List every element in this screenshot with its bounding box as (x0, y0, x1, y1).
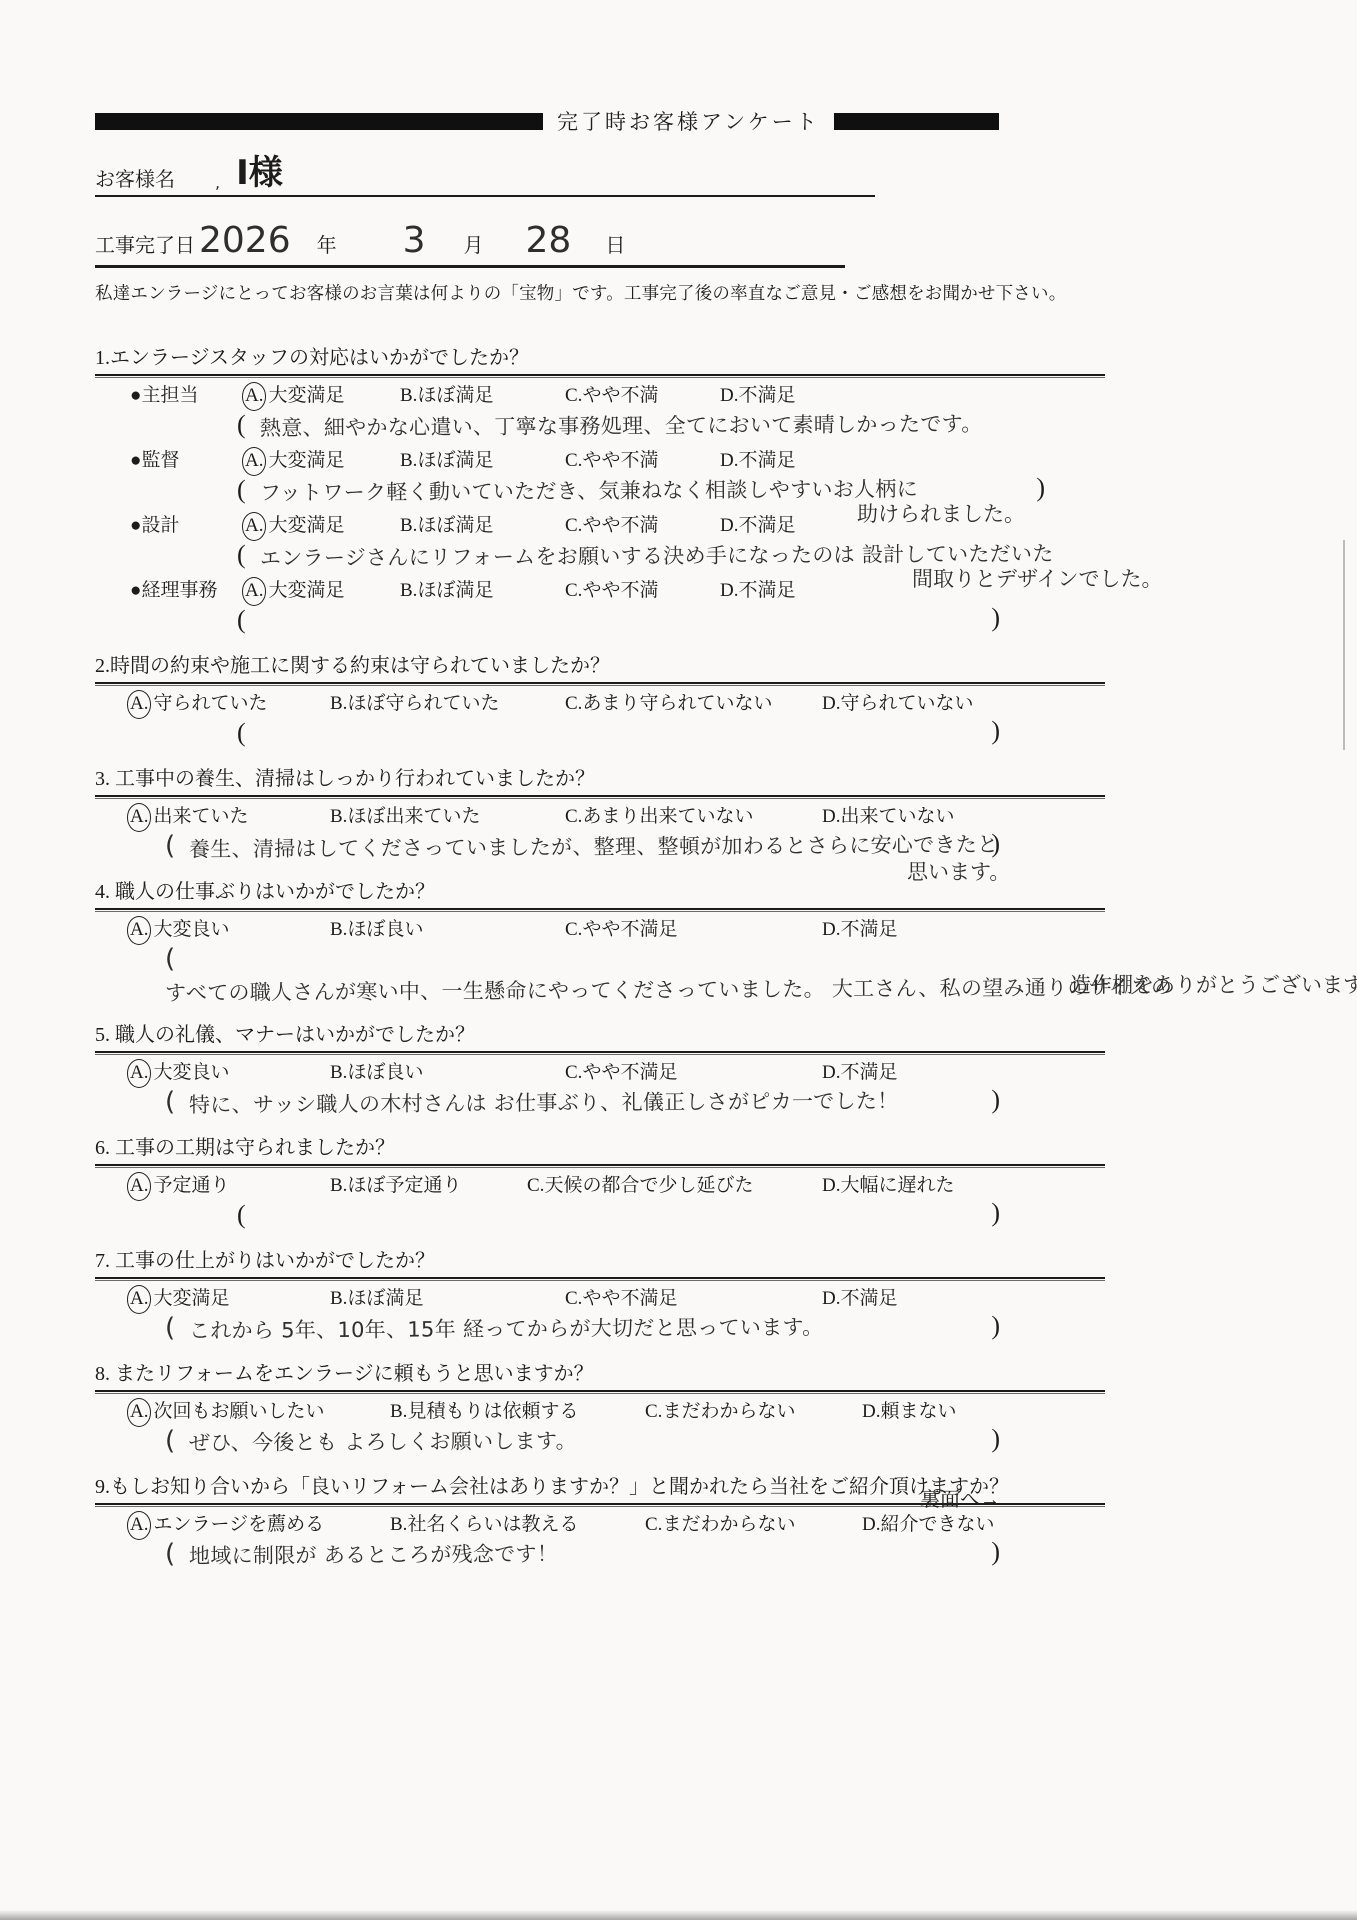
option-label: やや不満 (582, 515, 658, 536)
question-1-title: 1.エンラージスタッフの対応はいかがでしたか？ (95, 345, 1105, 376)
option-marker: B. (330, 917, 347, 942)
handwritten-comment-line2: 造作棚をありがとうございます！ (1070, 970, 1357, 1000)
header-bar-left (95, 113, 543, 130)
paren-close: ) (991, 1198, 1000, 1228)
q9-option-d: D.紹介できない (862, 1512, 995, 1537)
comma-mark: , (215, 173, 220, 192)
option-label: まだわからない (662, 1514, 795, 1535)
option-label: 不満足 (840, 1288, 897, 1309)
option-marker: B. (400, 578, 417, 603)
q1-supervisor-option-d: D.不満足 (720, 448, 796, 473)
option-label: 不満足 (840, 1062, 897, 1083)
q7-option-d: D.不満足 (822, 1286, 898, 1311)
option-label: 守られていない (840, 693, 973, 714)
option-marker: D. (720, 513, 738, 538)
q1-supervisor-option-b: B.ほぼ満足 (400, 448, 565, 473)
customer-name-row: お客様名 , I様 (95, 156, 875, 197)
q4-option-b: B.ほぼ良い (330, 917, 565, 942)
answer-circle: A. (127, 1285, 151, 1314)
option-label: 大変良い (153, 1062, 229, 1083)
paren-open: ( (165, 1426, 175, 1456)
q6-option-b: B.ほぼ予定通り (330, 1173, 527, 1198)
q6-option-a: A.予定通り (130, 1173, 330, 1199)
question-2-title: 2.時間の約束や施工に関する約束は守られていましたか？ (95, 653, 1105, 684)
option-marker: C. (565, 1286, 582, 1311)
q1-row-main: ●主担当 A.大変満足 B.ほぼ満足 C.やや不満 D.不満足 (130, 383, 1105, 409)
handwritten-comment-line2: 思います。 (907, 857, 1010, 887)
q1-design-option-a: A.大変満足 (245, 513, 400, 539)
option-label: ほぼ満足 (417, 515, 493, 536)
q7-option-a: A.大変満足 (130, 1286, 330, 1312)
option-label: 不満足 (738, 580, 795, 601)
q1-accounting-option-d: D.不満足 (720, 578, 796, 603)
answer-circle: A. (242, 512, 266, 541)
back-page-note: 裏面へ→ (920, 1483, 1000, 1512)
option-label: 頼まない (880, 1401, 956, 1422)
completion-date-row: 工事完了日 2026 年 3 月 28 日 (95, 223, 845, 268)
option-label: 不満足 (738, 515, 795, 536)
option-label: やや不満 (582, 385, 658, 406)
q7-option-c: C.やや不満足 (565, 1286, 822, 1311)
paren-open: ( (165, 1539, 175, 1569)
paren-open: ( (165, 831, 175, 861)
q1-design-option-c: C.やや不満 (565, 513, 720, 538)
q1-bullet-main: ●主担当 (130, 383, 245, 408)
handwritten-comment: フットワーク軽く動いていただき、気兼ねなく相談しやすいお人柄に (260, 474, 918, 508)
question-1: 1.エンラージスタッフの対応はいかがでしたか？ ●主担当 A.大変満足 B.ほぼ… (95, 345, 1105, 636)
q5-option-b: B.ほぼ良い (330, 1060, 565, 1085)
completion-month-value: 3 (403, 223, 426, 259)
paren-close: ) (991, 1424, 1000, 1454)
q9-option-b: B.社名くらいは教える (390, 1512, 645, 1537)
q6-option-c: C.天候の都合で少し延びた (527, 1173, 822, 1198)
option-label: やや不満足 (582, 1288, 677, 1309)
q3-options: A.出来ていた B.ほぼ出来ていた C.あまり出来ていない D.出来ていない (130, 804, 1105, 830)
option-label: エンラージを薦める (153, 1514, 324, 1535)
q8-option-a: A.次回もお願いしたい (130, 1399, 390, 1425)
paren-close: ) (991, 829, 1000, 859)
option-marker: D. (822, 804, 840, 829)
q1-design-option-b: B.ほぼ満足 (400, 513, 565, 538)
option-label: 出来ていない (840, 806, 954, 827)
handwritten-comment: ぜひ、今後とも よろしくお願いします。 (189, 1426, 577, 1458)
option-marker: C. (565, 448, 582, 473)
handwritten-comment: すべての職人さんが寒い中、一生懸命にやってくださっていました。 大工さん、私の望… (165, 972, 1172, 1008)
question-3: 3. 工事中の養生、清掃はしっかり行われていましたか？ A.出来ていた B.ほぼ… (95, 766, 1105, 862)
option-label: 守られていた (153, 693, 267, 714)
paren-close: ) (991, 716, 1000, 746)
option-marker: C. (565, 383, 582, 408)
answer-circle: A. (127, 803, 151, 832)
option-marker: B. (330, 1060, 347, 1085)
option-label: 大変満足 (153, 1288, 229, 1309)
page-header: 完了時お客様アンケート (95, 0, 1262, 136)
customer-name-value: I様 (236, 156, 283, 192)
paren-open: ( (237, 1200, 246, 1229)
q1-bullet-supervisor: ●監督 (130, 448, 245, 473)
q4-option-d: D.不満足 (822, 917, 898, 942)
handwritten-comment: 熱意、細やかな心遣い、丁寧な事務処理、全てにおいて素晴しかったです。 (260, 408, 983, 442)
handwritten-comment: 特に、サッシ職人の木村さんは お仕事ぶり、礼儀正しさがピカ一でした！ (189, 1086, 899, 1120)
paren-open: ( (165, 1313, 175, 1343)
q1-main-option-a: A.大変満足 (245, 383, 400, 409)
q1-accounting-option-a: A.大変満足 (245, 578, 400, 604)
handwritten-comment-line2: 助けられました。 (857, 499, 1025, 529)
month-unit: 月 (464, 229, 484, 258)
option-label: 不満足 (840, 919, 897, 940)
handwritten-comment: 養生、清掃はしてくださっていましたが、整理、整頓が加わるとさらに安心できたと (189, 829, 999, 864)
option-label: ほぼ予定通り (347, 1175, 461, 1196)
option-label: ほぼ良い (347, 1062, 423, 1083)
q4-options: A.大変良い B.ほぼ良い C.やや不満足 D.不満足 (130, 917, 1105, 943)
q1-accounting-comment: ( ) (237, 605, 1105, 636)
option-marker: C. (565, 917, 582, 942)
q1-supervisor-option-c: C.やや不満 (565, 448, 720, 473)
q9-option-a: A.エンラージを薦める (130, 1512, 390, 1538)
day-unit: 日 (605, 229, 625, 258)
option-marker: D. (822, 691, 840, 716)
option-marker: C. (645, 1512, 662, 1537)
q1-bullet-accounting: ●経理事務 (130, 578, 245, 603)
paren-close: ) (991, 603, 1000, 633)
option-marker: C. (565, 578, 582, 603)
option-label: 大変満足 (268, 385, 344, 406)
option-marker: C. (565, 804, 582, 829)
paren-close: ) (991, 1085, 1000, 1115)
q2-option-b: B.ほぼ守られていた (330, 691, 565, 716)
q8-option-b: B.見積もりは依頼する (390, 1399, 645, 1424)
q4-option-a: A.大変良い (130, 917, 330, 943)
option-marker: B. (330, 691, 347, 716)
option-label: ほぼ満足 (347, 1288, 423, 1309)
option-label: あまり出来ていない (582, 806, 753, 827)
question-5-title: 5. 職人の礼儀、マナーはいかがでしたか？ (95, 1022, 1105, 1053)
answer-circle: A. (127, 916, 151, 945)
q2-option-c: C.あまり守られていない (565, 691, 822, 716)
q8-comment: (ぜひ、今後とも よろしくお願いします。 ) (165, 1426, 1105, 1457)
option-marker: D. (822, 1286, 840, 1311)
completion-day-value: 28 (526, 223, 572, 259)
q1-supervisor-option-a: A.大変満足 (245, 448, 400, 474)
q1-main-option-c: C.やや不満 (565, 383, 720, 408)
option-marker: D. (720, 383, 738, 408)
q7-comment: (これから 5年、10年、15年 経ってからが大切だと思っています。 ) (165, 1313, 1105, 1344)
option-marker: B. (390, 1399, 407, 1424)
q8-option-d: D.頼まない (862, 1399, 957, 1424)
option-label: 不満足 (738, 450, 795, 471)
q8-option-c: C.まだわからない (645, 1399, 862, 1424)
option-label: やや不満 (582, 580, 658, 601)
q1-accounting-option-c: C.やや不満 (565, 578, 720, 603)
handwritten-comment-line2: 間取りとデザインでした。 (912, 564, 1163, 594)
answer-circle: A. (127, 690, 151, 719)
q1-accounting-option-b: B.ほぼ満足 (400, 578, 565, 603)
scan-bottom-edge (0, 1910, 1357, 1920)
option-marker: C. (565, 691, 582, 716)
option-marker: B. (330, 1173, 347, 1198)
option-label: やや不満足 (582, 919, 677, 940)
paren-open: ( (165, 944, 175, 974)
option-label: 不満足 (738, 385, 795, 406)
option-marker: B. (330, 804, 347, 829)
option-marker: C. (527, 1173, 544, 1198)
question-7-title: 7. 工事の仕上がりはいかがでしたか？ (95, 1248, 1105, 1279)
option-marker: C. (565, 1060, 582, 1085)
question-6-title: 6. 工事の工期は守られましたか？ (95, 1135, 1105, 1166)
q5-option-d: D.不満足 (822, 1060, 898, 1085)
answer-circle: A. (127, 1172, 151, 1201)
option-marker: C. (645, 1399, 662, 1424)
option-marker: D. (720, 448, 738, 473)
answer-circle: A. (242, 382, 266, 411)
q3-comment: (養生、清掃はしてくださっていましたが、整理、整頓が加わるとさらに安心できたと … (165, 831, 1105, 862)
option-marker: C. (565, 513, 582, 538)
q1-design-option-d: D.不満足 (720, 513, 796, 538)
completion-year-value: 2026 (199, 223, 291, 259)
year-unit: 年 (317, 229, 337, 258)
question-2: 2.時間の約束や施工に関する約束は守られていましたか？ A.守られていた B.ほ… (95, 653, 1105, 749)
question-4: 4. 職人の仕事ぶりはいかがでしたか？ A.大変良い B.ほぼ良い C.やや不満… (95, 879, 1105, 1005)
q5-comment: (特に、サッシ職人の木村さんは お仕事ぶり、礼儀正しさがピカ一でした！ ) (165, 1087, 1105, 1118)
option-label: 予定通り (153, 1175, 229, 1196)
option-marker: D. (822, 1173, 840, 1198)
q1-main-option-d: D.不満足 (720, 383, 796, 408)
q1-main-comment: (熱意、細やかな心遣い、丁寧な事務処理、全てにおいて素晴しかったです。 (237, 410, 1105, 441)
q2-option-a: A.守られていた (130, 691, 330, 717)
option-label: 大幅に遅れた (840, 1175, 954, 1196)
paren-close: ) (1036, 473, 1045, 503)
option-label: ほぼ満足 (417, 450, 493, 471)
option-label: 大変良い (153, 919, 229, 940)
paren-open: ( (165, 1087, 175, 1117)
option-label: ほぼ満足 (417, 385, 493, 406)
option-label: 見積もりは依頼する (407, 1401, 578, 1422)
option-label: 大変満足 (268, 450, 344, 471)
paren-close: ) (991, 1537, 1000, 1567)
option-marker: B. (400, 513, 417, 538)
survey-page: 完了時お客様アンケート お客様名 , I様 工事完了日 2026 年 3 月 2… (0, 0, 1357, 1920)
answer-circle: A. (242, 577, 266, 606)
q3-option-d: D.出来ていない (822, 804, 955, 829)
question-5: 5. 職人の礼儀、マナーはいかがでしたか？ A.大変良い B.ほぼ良い C.やや… (95, 1022, 1105, 1118)
question-6: 6. 工事の工期は守られましたか？ A.予定通り B.ほぼ予定通り C.天候の都… (95, 1135, 1105, 1231)
handwritten-comment: 地域に制限が あるところが残念です！ (189, 1539, 558, 1571)
question-3-title: 3. 工事中の養生、清掃はしっかり行われていましたか？ (95, 766, 1105, 797)
option-label: 大変満足 (268, 580, 344, 601)
paren-open: ( (237, 540, 246, 569)
header-bar-right (834, 113, 999, 130)
q3-option-c: C.あまり出来ていない (565, 804, 822, 829)
option-marker: D. (720, 578, 738, 603)
q4-option-c: C.やや不満足 (565, 917, 822, 942)
q1-row-supervisor: ●監督 A.大変満足 B.ほぼ満足 C.やや不満 D.不満足 (130, 448, 1105, 474)
q1-main-option-b: B.ほぼ満足 (400, 383, 565, 408)
option-label: ほぼ出来ていた (347, 806, 480, 827)
option-marker: B. (330, 1286, 347, 1311)
option-label: やや不満足 (582, 1062, 677, 1083)
option-marker: B. (400, 448, 417, 473)
q1-design-comment: (エンラージさんにリフォームをお願いする決め手になったのは 設計していただいた … (237, 540, 1105, 571)
answer-circle: A. (242, 447, 266, 476)
option-label: ほぼ満足 (417, 580, 493, 601)
q6-options: A.予定通り B.ほぼ予定通り C.天候の都合で少し延びた D.大幅に遅れた (130, 1173, 1105, 1199)
q3-option-b: B.ほぼ出来ていた (330, 804, 565, 829)
option-label: 社名くらいは教える (407, 1514, 578, 1535)
q5-option-a: A.大変良い (130, 1060, 330, 1086)
answer-circle: A. (127, 1059, 151, 1088)
option-marker: B. (390, 1512, 407, 1537)
q6-comment: ( ) (237, 1200, 1105, 1231)
question-7: 7. 工事の仕上がりはいかがでしたか？ A.大変満足 B.ほぼ満足 C.やや不満… (95, 1248, 1105, 1344)
option-marker: D. (822, 1060, 840, 1085)
option-label: 出来ていた (153, 806, 248, 827)
option-label: ほぼ良い (347, 919, 423, 940)
option-label: ほぼ守られていた (347, 693, 499, 714)
q2-comment: ( ) (237, 718, 1105, 749)
q5-option-c: C.やや不満足 (565, 1060, 822, 1085)
answer-circle: A. (127, 1398, 151, 1427)
option-label: 天候の都合で少し延びた (544, 1175, 753, 1196)
q6-option-d: D.大幅に遅れた (822, 1173, 955, 1198)
handwritten-comment: これから 5年、10年、15年 経ってからが大切だと思っています。 (189, 1312, 824, 1346)
option-label: 紹介できない (880, 1514, 994, 1535)
option-label: まだわからない (662, 1401, 795, 1422)
option-marker: D. (862, 1512, 880, 1537)
page-title: 完了時お客様アンケート (543, 106, 834, 136)
option-marker: D. (822, 917, 840, 942)
paren-close: ) (991, 1311, 1000, 1341)
paren-open: ( (237, 605, 246, 634)
option-label: 次回もお願いしたい (153, 1401, 324, 1422)
q3-option-a: A.出来ていた (130, 804, 330, 830)
option-label: やや不満 (582, 450, 658, 471)
scan-edge-artifact (1343, 540, 1345, 750)
q7-options: A.大変満足 B.ほぼ満足 C.やや不満足 D.不満足 (130, 1286, 1105, 1312)
q2-option-d: D.守られていない (822, 691, 974, 716)
q9-comment: (地域に制限が あるところが残念です！ ) (165, 1539, 1105, 1570)
intro-text: 私達エンラージにとってお客様のお言葉は何よりの「宝物」です。工事完了後の率直なご… (95, 280, 1357, 305)
paren-open: ( (237, 410, 246, 439)
answer-circle: A. (127, 1511, 151, 1540)
q8-options: A.次回もお願いしたい B.見積もりは依頼する C.まだわからない D.頼まない (130, 1399, 1105, 1425)
option-label: あまり守られていない (582, 693, 772, 714)
paren-open: ( (237, 475, 246, 504)
q2-options: A.守られていた B.ほぼ守られていた C.あまり守られていない D.守られてい… (130, 691, 1105, 717)
q9-options: A.エンラージを薦める B.社名くらいは教える C.まだわからない D.紹介でき… (130, 1512, 1105, 1538)
question-8: 8. またリフォームをエンラージに頼もうと思いますか？ A.次回もお願いしたい … (95, 1361, 1105, 1457)
paren-open: ( (237, 718, 246, 747)
customer-name-label: お客様名 (95, 163, 175, 192)
option-marker: B. (400, 383, 417, 408)
option-marker: D. (862, 1399, 880, 1424)
q5-options: A.大変良い B.ほぼ良い C.やや不満足 D.不満足 (130, 1060, 1105, 1086)
q7-option-b: B.ほぼ満足 (330, 1286, 565, 1311)
q4-comment: (すべての職人さんが寒い中、一生懸命にやってくださっていました。 大工さん、私の… (165, 944, 1105, 1005)
q1-bullet-design: ●設計 (130, 513, 245, 538)
q9-option-c: C.まだわからない (645, 1512, 862, 1537)
option-label: 大変満足 (268, 515, 344, 536)
question-8-title: 8. またリフォームをエンラージに頼もうと思いますか？ (95, 1361, 1105, 1392)
completion-date-label: 工事完了日 (95, 229, 195, 258)
q1-supervisor-comment: (フットワーク軽く動いていただき、気兼ねなく相談しやすいお人柄に ) 助けられま… (237, 475, 1105, 506)
